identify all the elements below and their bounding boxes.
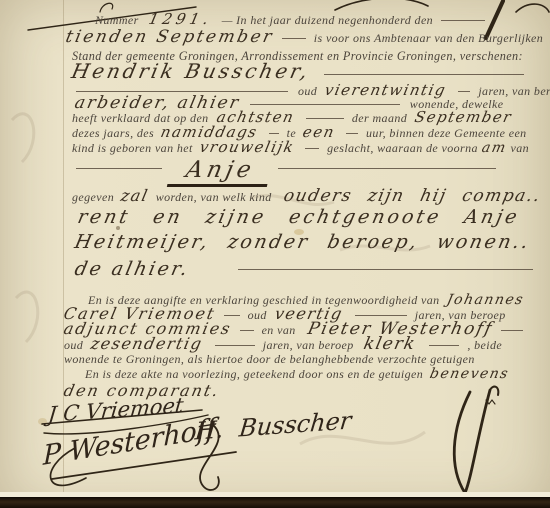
handwritten-date: tienden September — [64, 27, 276, 47]
blank-rule — [215, 345, 255, 346]
blank-rule — [429, 345, 459, 346]
paper-stain — [38, 418, 47, 425]
blank-rule — [305, 148, 319, 149]
declarant-name: Hendrik Busscher, — [69, 59, 312, 83]
registrar-paraph-signature — [486, 400, 495, 404]
blank-rule — [76, 168, 162, 169]
blank-rule — [458, 91, 470, 92]
blank-rule — [441, 20, 485, 21]
geslacht-printed: geslacht, waaraan de voorna — [327, 141, 478, 155]
benevens-hand: benevens — [428, 366, 510, 382]
year-printed-text: — In het jaar duizend negenhonderd den — [222, 13, 433, 27]
blank-rule — [306, 118, 344, 119]
declarant-signature: H. Busscher — [194, 406, 353, 445]
gegeven-printed: gegeven — [72, 190, 114, 204]
blank-rule — [250, 104, 400, 105]
blank-rule — [501, 330, 523, 331]
parents-line-b: rent en zijne echtgenoote Anje — [76, 206, 522, 228]
register-page: Nummer 1291. — In het jaar duizend negen… — [0, 0, 550, 508]
record-number: 1291. — [147, 10, 214, 28]
worden-printed: worden, van welk kind — [156, 190, 272, 204]
kind-printed: kind is geboren van het — [72, 141, 193, 155]
registrar-paraph-signature — [454, 390, 490, 493]
wonende-groningen-printed: wonende te Groningen, als hiertoe door d… — [64, 352, 475, 366]
ouders-hand: ouders zijn hij compa.. — [282, 186, 543, 206]
previous-entry-flourish — [516, 4, 549, 12]
book-edge-band — [0, 497, 550, 508]
voornaam-suffix-hand: am — [480, 140, 508, 156]
parents-line-d: de alhier. — [73, 258, 192, 280]
van-label: van — [511, 141, 530, 155]
blank-rule — [240, 330, 254, 331]
nummer-label: Nummer — [95, 13, 139, 27]
blank-rule — [282, 38, 306, 39]
blank-rule — [224, 315, 240, 316]
closing-printed: En is deze akte na voorlezing, geteekend… — [85, 367, 423, 381]
blank-rule — [238, 269, 533, 270]
blank-rule — [278, 168, 496, 169]
parents-line-c: Heitmeijer, zonder beroep, wonen.. — [73, 231, 533, 253]
officiant-printed-a: is voor ons Ambtenaar van den Burgerlijk… — [314, 31, 543, 45]
zal-hand: zal — [119, 186, 151, 205]
blank-rule — [324, 74, 524, 75]
blank-rule — [355, 315, 407, 316]
registrar-paraph-signature — [490, 387, 498, 395]
blank-rule — [346, 133, 358, 134]
blank-rule — [269, 133, 279, 134]
previous-entry-flourish — [335, 0, 428, 10]
blank-rule — [76, 91, 288, 92]
child-name: Anje — [167, 157, 274, 187]
birth-gender: vrouwelijk — [198, 138, 296, 156]
